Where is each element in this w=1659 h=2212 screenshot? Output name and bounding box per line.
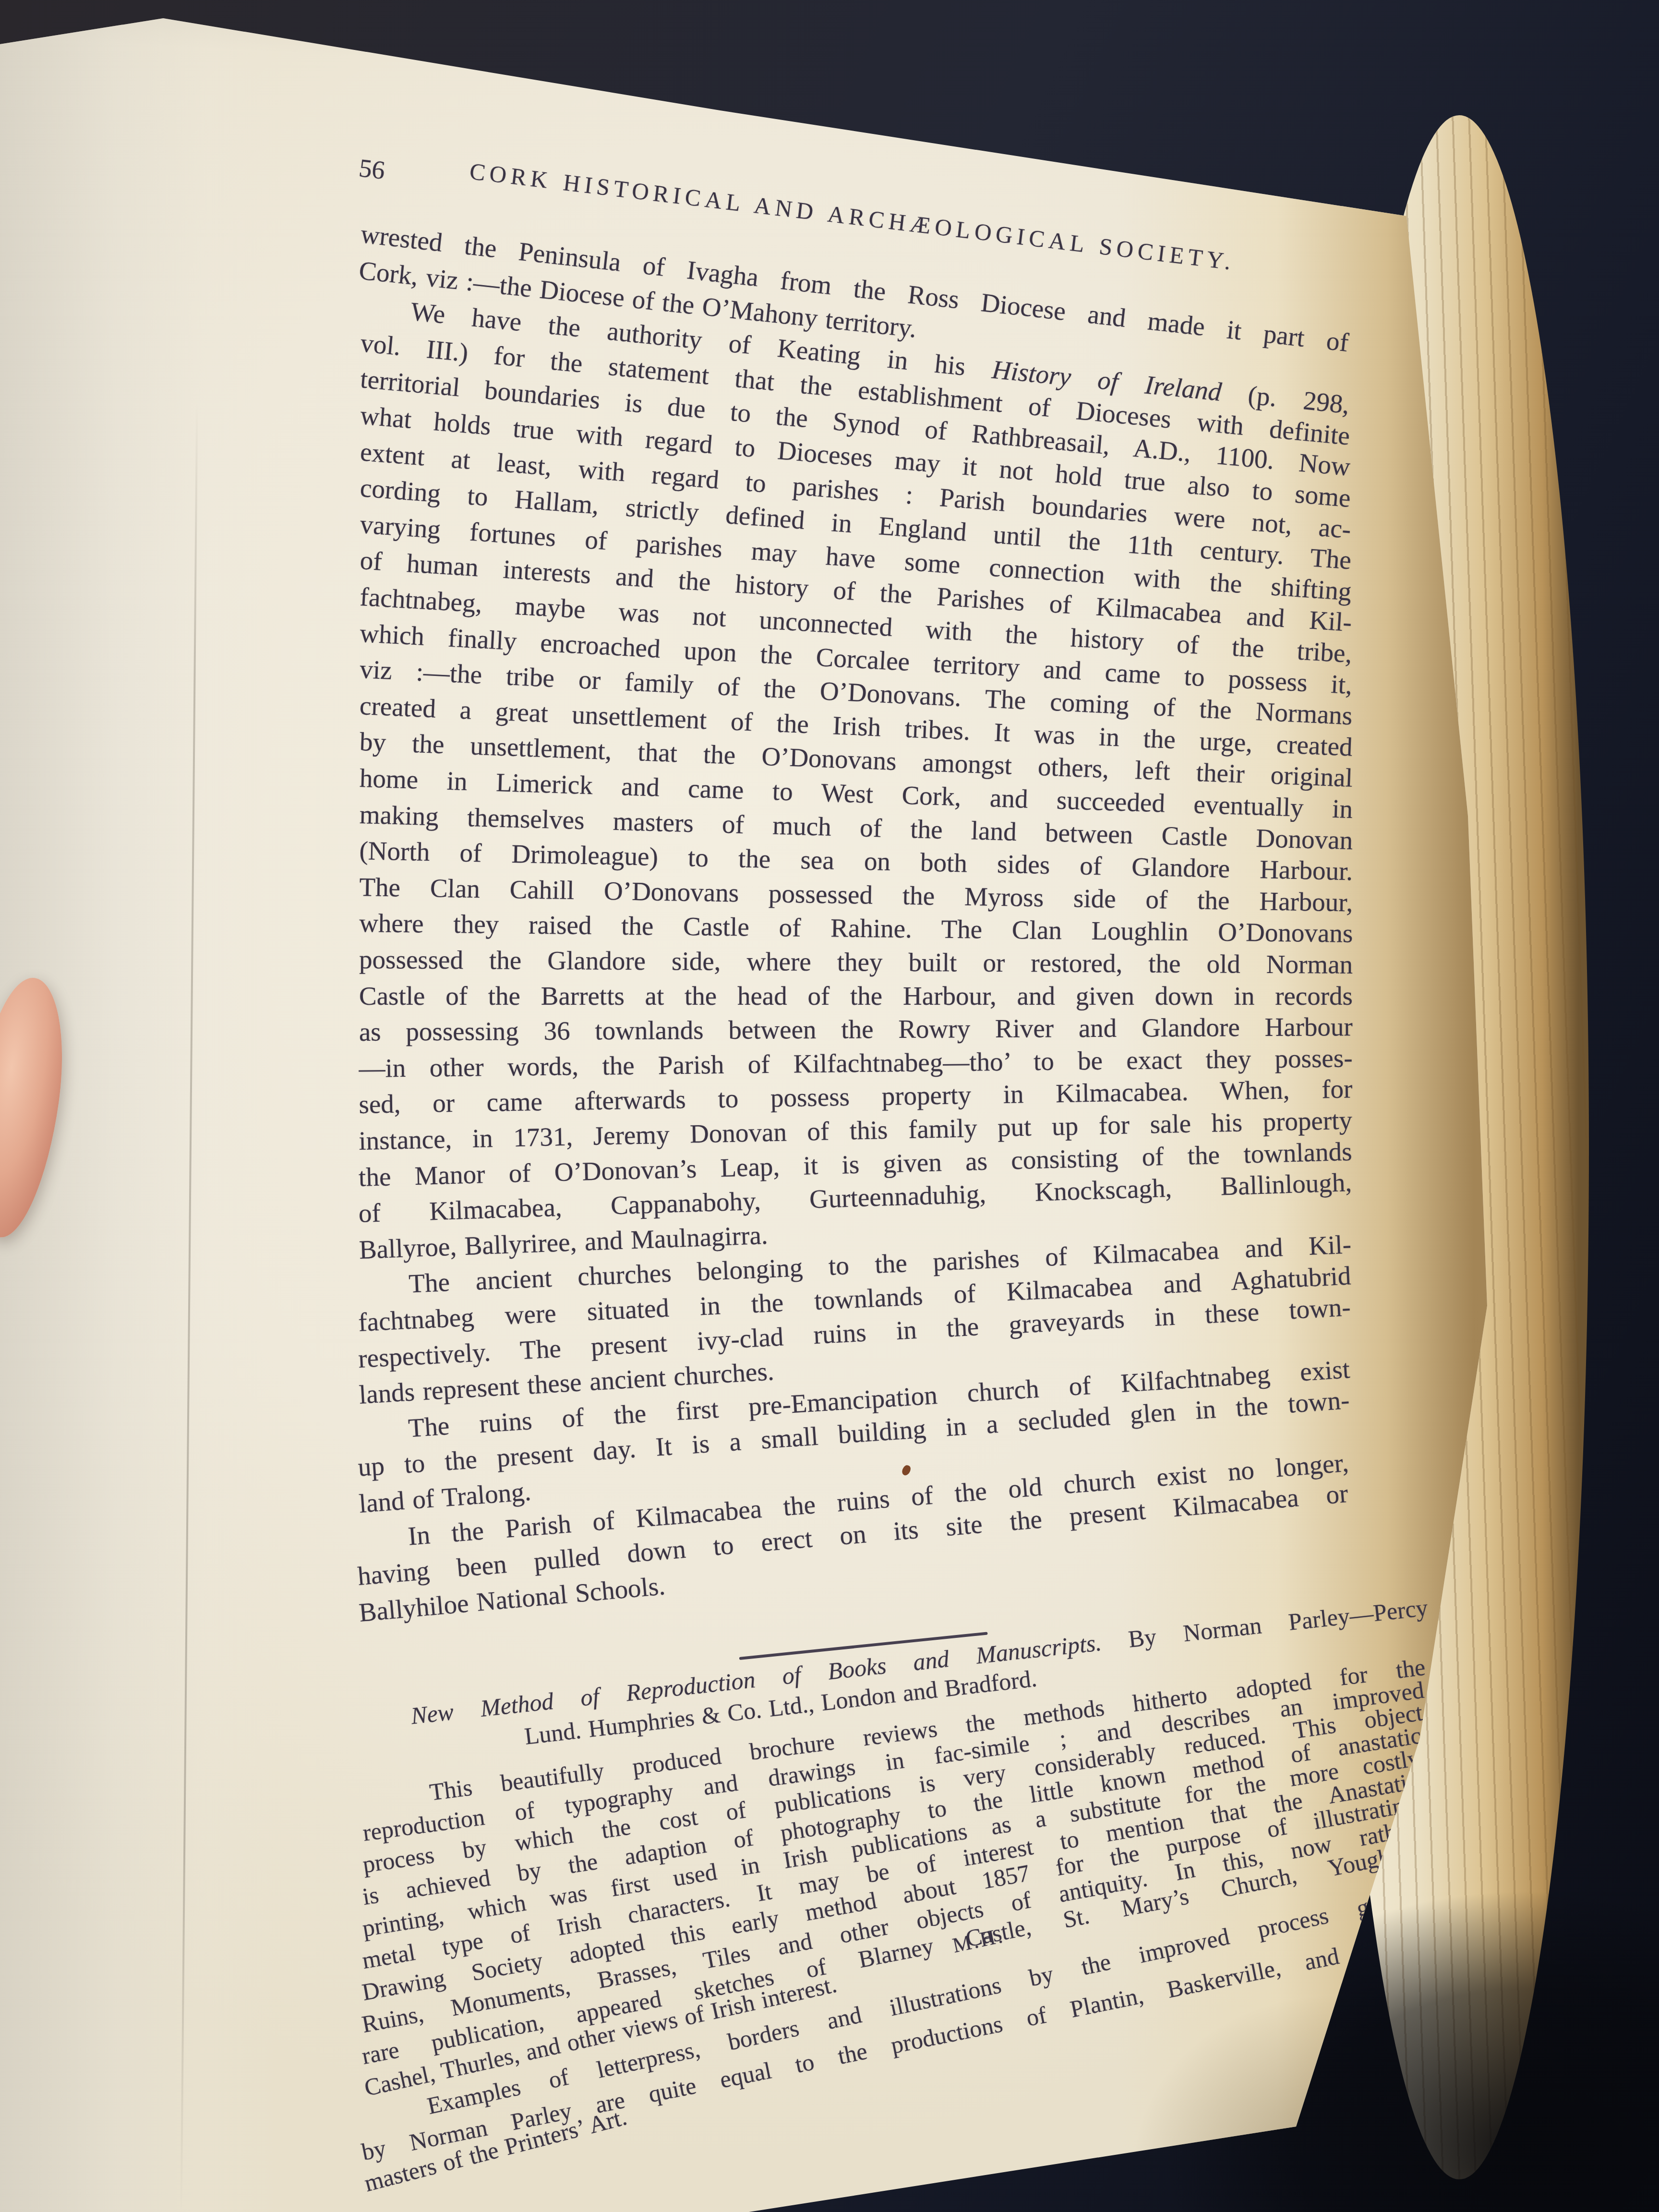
text-segment: Castle of the Barretts at the head of th…	[359, 981, 1353, 1010]
text-segment: as possessing 36 townlands between the R…	[359, 1012, 1353, 1046]
text-segment: possessed the Glandore side, where they …	[359, 945, 1353, 979]
book-photo: 56 CORK HISTORICAL AND ARCHÆOLOGICAL SOC…	[0, 0, 1659, 2212]
